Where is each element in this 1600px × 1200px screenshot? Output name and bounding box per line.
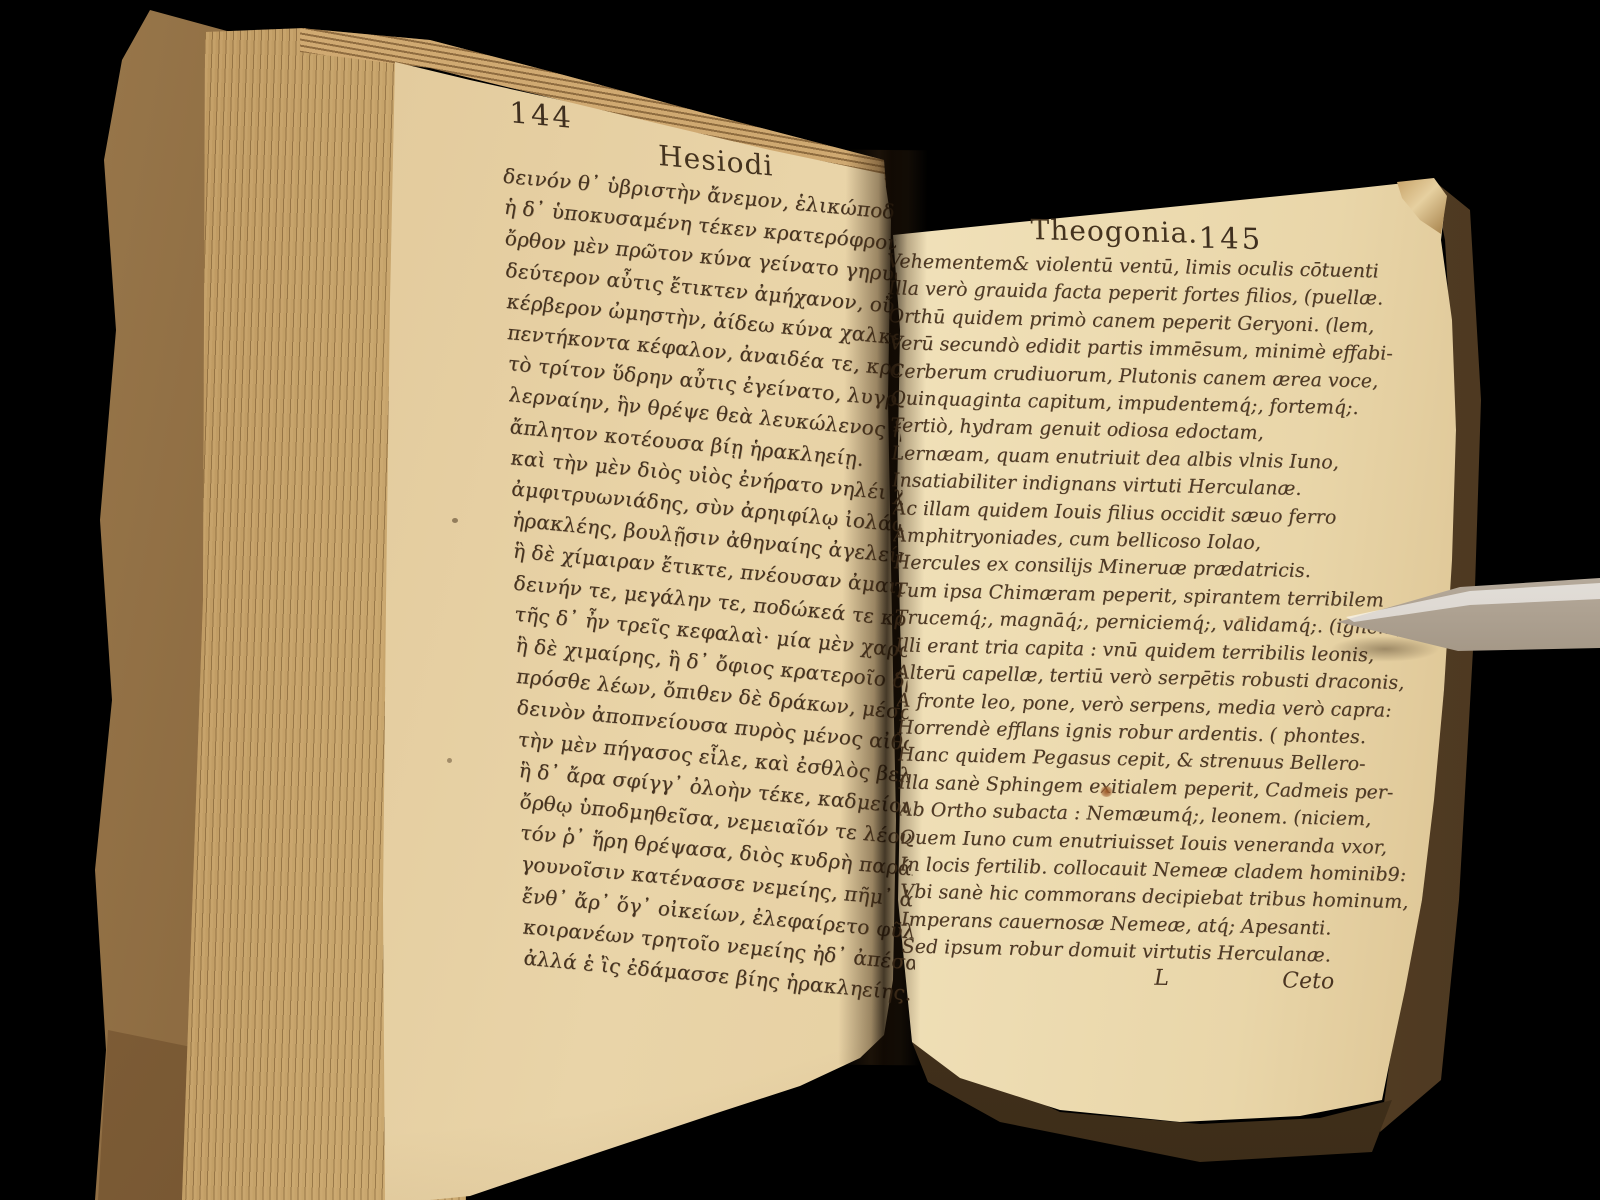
catchword: Ceto (1282, 968, 1334, 994)
foxing-speck (452, 518, 458, 523)
photo-open-antique-book: 144 Hesiodi δεινόν θ᾽ ὑβριστὴν ἄνεμον, ἑ… (0, 0, 1600, 1200)
pointer-shadow (1330, 636, 1440, 662)
foxing-speck (1238, 618, 1244, 622)
left-page-number: 144 (509, 95, 574, 135)
gutter-shadow (838, 150, 928, 1066)
foxing-speck (447, 758, 452, 763)
signature-mark: L (1154, 966, 1169, 991)
rust-stain (1100, 786, 1113, 797)
left-page-text-block: 144 Hesiodi δεινόν θ᾽ ὑβριστὴν ἄνεμον, ἑ… (497, 92, 897, 129)
right-page-text-block: Theogonia. 145 Vehementem& violentū vent… (880, 196, 1425, 207)
latin-verse-block: Vehementem& violentū ventū, limis oculis… (887, 248, 1438, 976)
right-page-number: 145 (1198, 221, 1263, 256)
page-corner-curl (1392, 176, 1450, 238)
right-running-header: Theogonia. (1030, 213, 1198, 250)
